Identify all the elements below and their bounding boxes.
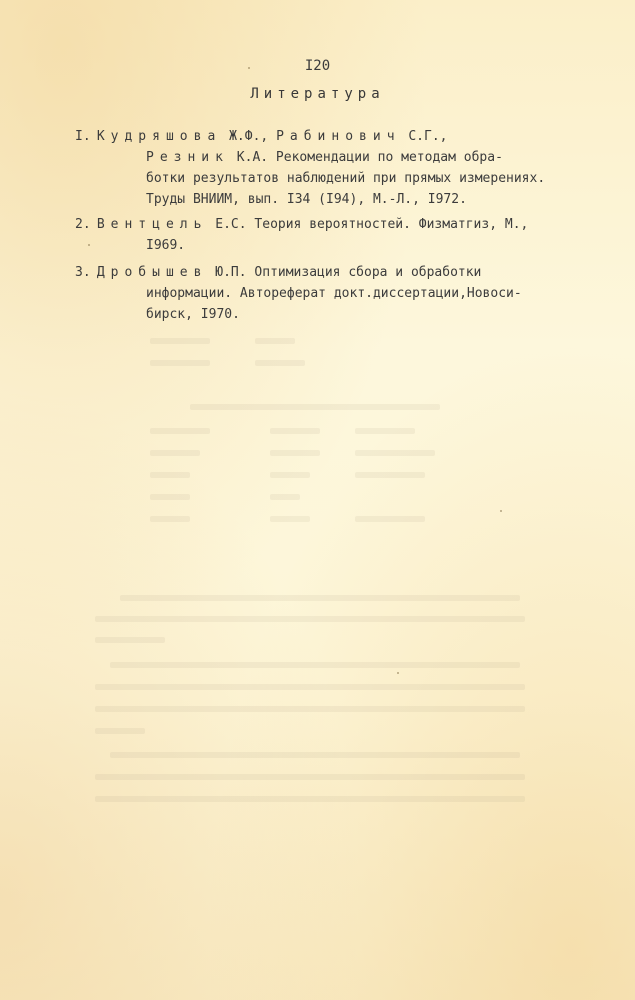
reference-initials: Ж.Ф., [229, 129, 268, 144]
reference-number: 2. [75, 214, 89, 235]
reference-text: К.А. Рекомендации по методам обра- [237, 150, 503, 165]
document-page: I20 Литература I. Кудряшова Ж.Ф., Рабино… [0, 0, 635, 1000]
reference-text: бирск, I970. [75, 304, 605, 325]
reference-text: Ю.П. Оптимизация сбора и обработки [215, 265, 481, 280]
reference-item: I. Кудряшова Ж.Ф., Рабинович С.Г., Резни… [75, 126, 605, 210]
page-number: I20 [0, 58, 635, 74]
reference-text: ботки результатов наблюдений при прямых … [75, 168, 605, 189]
reference-text: Труды ВНИИМ, вып. I34 (I94), М.-Л., I972… [75, 189, 605, 210]
reference-number: I. [75, 126, 89, 147]
reference-author: Рабинович [276, 129, 400, 144]
reference-text: I969. [75, 235, 605, 256]
reference-number: 3. [75, 262, 89, 283]
reference-text: информации. Автореферат докт.диссертации… [75, 283, 605, 304]
paper-speck [500, 510, 502, 512]
reference-text: Е.С. Теория вероятностей. Физматгиз, М., [215, 217, 528, 232]
reference-item: 3. Дробышев Ю.П. Оптимизация сбора и обр… [75, 262, 605, 325]
reference-initials: С.Г., [408, 129, 447, 144]
reference-list: I. Кудряшова Ж.Ф., Рабинович С.Г., Резни… [75, 126, 605, 329]
page-heading: Литература [0, 86, 635, 102]
reference-author: Дробышев [97, 265, 208, 280]
reference-author: Вентцель [97, 217, 208, 232]
paper-speck [397, 672, 399, 674]
reference-item: 2. Вентцель Е.С. Теория вероятностей. Фи… [75, 214, 605, 256]
reference-author: Резник [146, 150, 229, 165]
reference-author: Кудряшова [97, 129, 221, 144]
